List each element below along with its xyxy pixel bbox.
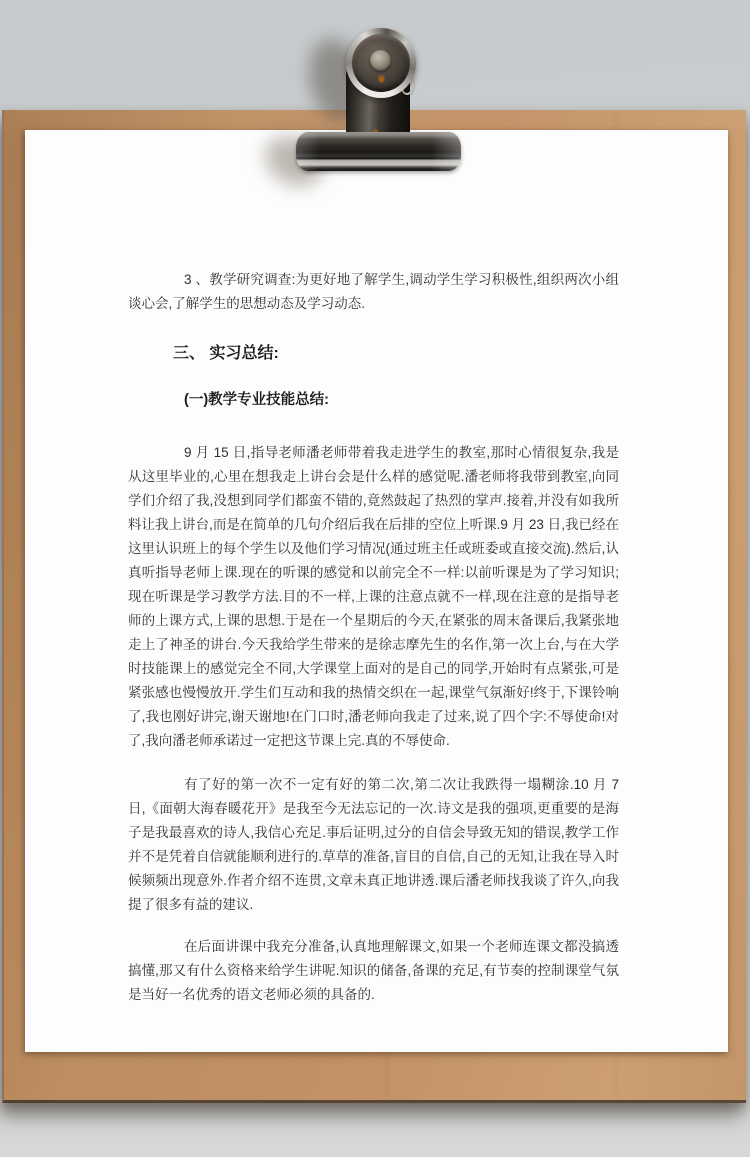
clip-knob-glint bbox=[379, 76, 384, 82]
heading-internship-summary: 三、 实习总结: bbox=[128, 342, 619, 366]
heading-teaching-skill-summary: (一)教学专业技能总结: bbox=[128, 388, 619, 412]
paragraph-second-lecture: 有了好的第一次不一定有好的第二次,第二次让我跌得一塌糊涂.10 月 7 日,《面… bbox=[128, 773, 619, 917]
paragraph-first-lecture: 9 月 15 日,指导老师潘老师带着我走进学生的教室,那时心情很复杂,我是从这里… bbox=[128, 441, 619, 753]
paper-sheet: 3 、教学研究调查:为更好地了解学生,调动学生学习积极性,组织两次小组谈心会,了… bbox=[25, 130, 728, 1052]
clip-lever-loop-icon bbox=[400, 76, 415, 96]
paragraph-preparation-lesson: 在后面讲课中我充分准备,认真地理解课文,如果一个老师连课文都没搞透搞懂,那又有什… bbox=[128, 935, 619, 1007]
wall-background: 3 、教学研究调查:为更好地了解学生,调动学生学习积极性,组织两次小组谈心会,了… bbox=[0, 0, 750, 1157]
clip-knob-face bbox=[352, 34, 410, 92]
document-content: 3 、教学研究调查:为更好地了解学生,调动学生学习积极性,组织两次小组谈心会,了… bbox=[128, 268, 619, 1007]
clip-knob bbox=[346, 28, 416, 98]
clip-knob-hole-icon bbox=[370, 50, 391, 71]
paragraph-research-survey: 3 、教学研究调查:为更好地了解学生,调动学生学习积极性,组织两次小组谈心会,了… bbox=[128, 268, 619, 316]
